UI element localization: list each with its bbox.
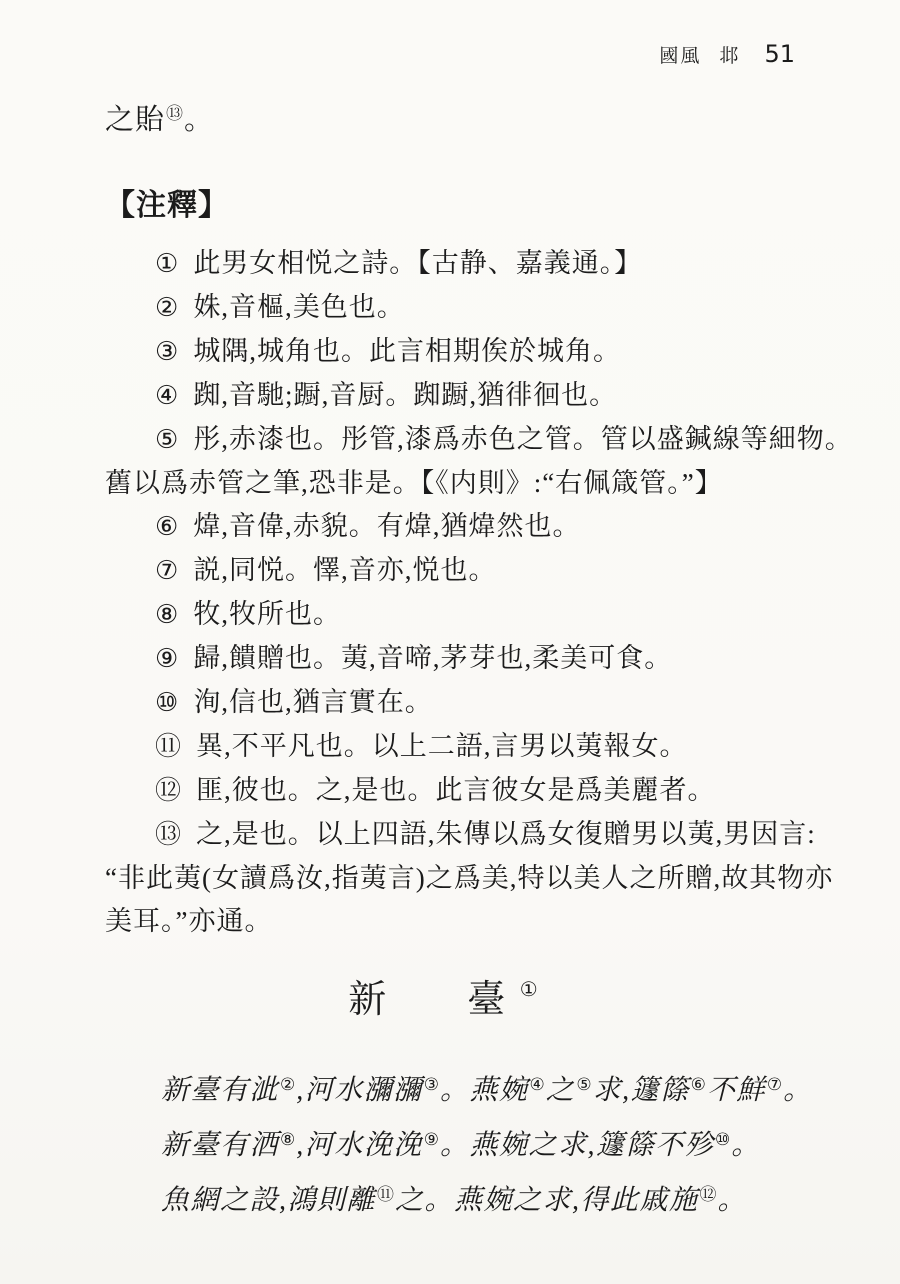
note-ref-superscript: ⑨ bbox=[424, 1130, 439, 1150]
note-text: 踟,音馳;蹰,音厨。踟蹰,猶徘徊也。 bbox=[193, 380, 617, 410]
note-ref-superscript: ⑧ bbox=[280, 1130, 295, 1150]
note-line: ④踟,音馳;蹰,音厨。踟蹰,猶徘徊也。 bbox=[105, 374, 822, 418]
note-ref-superscript: ⑦ bbox=[767, 1075, 782, 1095]
note-text: 歸,饋贈也。荑,音啼,茅芽也,柔美可食。 bbox=[193, 643, 672, 673]
note-text: “非此荑(女讀爲汝,指荑言)之爲美,特以美人之所贈,故其物亦 bbox=[105, 863, 833, 893]
note-text: 洵,信也,猶言實在。 bbox=[193, 687, 433, 717]
note-line: ②姝,音樞,美色也。 bbox=[105, 286, 822, 330]
poem-text-segment: 魚網之設,鴻則離 bbox=[161, 1185, 376, 1216]
note-number-marker: ① bbox=[155, 249, 178, 279]
note-line: ①此男女相悦之詩。【古静、嘉義通。】 bbox=[105, 242, 822, 286]
poem-text-segment: 。燕婉之求,籧篨不殄 bbox=[440, 1130, 714, 1161]
poem-text-segment: ,河水浼浼 bbox=[296, 1130, 423, 1161]
poem-text-segment: 之 bbox=[546, 1075, 576, 1106]
poem-text-segment: 。 bbox=[718, 1185, 748, 1216]
poem-text-segment: 。 bbox=[783, 1075, 813, 1106]
poem-title-note-ref: ① bbox=[520, 977, 538, 1001]
poem-text-segment: ,河水瀰瀰 bbox=[296, 1075, 423, 1106]
note-number-marker: ⑦ bbox=[155, 556, 178, 586]
note-line: ⑩洵,信也,猶言實在。 bbox=[105, 681, 822, 725]
poem-text-segment: 。 bbox=[731, 1130, 761, 1161]
note-ref-superscript: ② bbox=[280, 1075, 295, 1095]
note-text: 牧,牧所也。 bbox=[193, 599, 341, 629]
poem-text-segment: 求,籧篨 bbox=[593, 1075, 690, 1106]
poem-text-segment: 。燕婉 bbox=[440, 1075, 529, 1106]
poem-text-segment: 不鮮 bbox=[707, 1075, 766, 1106]
note-line: ⑤彤,赤漆也。彤管,漆爲赤色之管。管以盛鍼線等細物。 bbox=[105, 418, 822, 462]
note-number-marker: ④ bbox=[155, 381, 178, 411]
note-ref-superscript: ⑤ bbox=[576, 1075, 591, 1095]
note-text: 美耳。”亦通。 bbox=[105, 906, 272, 936]
note-number-marker: ⑪ bbox=[155, 732, 181, 762]
note-line: ⑪異,不平凡也。以上二語,言男以荑報女。 bbox=[105, 725, 822, 769]
poem-stanza: 新臺有泚②,河水瀰瀰③。燕婉④之⑤求,籧篨⑥不鮮⑦。新臺有洒⑧,河水浼浼⑨。燕婉… bbox=[105, 1063, 822, 1228]
poem-text-segment: 新臺有洒 bbox=[161, 1130, 279, 1161]
poem-line: 魚網之設,鴻則離⑪之。燕婉之求,得此戚施⑫。 bbox=[161, 1173, 822, 1228]
note-text: 彤,赤漆也。彤管,漆爲赤色之管。管以盛鍼線等細物。 bbox=[193, 424, 853, 454]
note-line: 舊以爲赤管之筆,恐非是。【《内則》:“右佩箴管。”】 bbox=[105, 462, 822, 505]
note-text: 之,是也。以上四語,朱傳以爲女復贈男以荑,男因言: bbox=[196, 819, 816, 849]
note-text: 異,不平凡也。以上二語,言男以荑報女。 bbox=[196, 731, 688, 761]
note-number-marker: ⑫ bbox=[155, 776, 181, 806]
poem-title-char-second: 臺 bbox=[467, 979, 507, 1021]
note-number-marker: ⑨ bbox=[155, 644, 178, 674]
note-ref-superscript: ⑩ bbox=[715, 1130, 730, 1150]
scanned-book-page: 國風 邶 51 之貽⑬。 【注釋】 ①此男女相悦之詩。【古静、嘉義通。】②姝,音… bbox=[0, 0, 900, 1284]
note-text: 此男女相悦之詩。【古静、嘉義通。】 bbox=[193, 248, 642, 278]
poem-text-segment: 新臺有泚 bbox=[161, 1075, 279, 1106]
poem-text-segment: 之。燕婉之求,得此戚施 bbox=[395, 1185, 699, 1216]
note-number-marker: ⑬ bbox=[155, 820, 181, 850]
note-text: 城隅,城角也。此言相期俟於城角。 bbox=[193, 336, 621, 366]
note-line: ⑧牧,牧所也。 bbox=[105, 593, 822, 637]
note-line: ⑦説,同悦。懌,音亦,悦也。 bbox=[105, 549, 822, 593]
note-number-marker: ③ bbox=[155, 337, 178, 367]
note-ref-superscript: ⑪ bbox=[377, 1185, 394, 1205]
note-text: 匪,彼也。之,是也。此言彼女是爲美麗者。 bbox=[196, 775, 716, 805]
poem-line: 新臺有泚②,河水瀰瀰③。燕婉④之⑤求,籧篨⑥不鮮⑦。 bbox=[161, 1063, 822, 1118]
note-line: “非此荑(女讀爲汝,指荑言)之爲美,特以美人之所贈,故其物亦 bbox=[105, 857, 822, 900]
note-line: 美耳。”亦通。 bbox=[105, 900, 822, 943]
carryover-text: 之貽 bbox=[105, 104, 165, 136]
note-line: ⑫匪,彼也。之,是也。此言彼女是爲美麗者。 bbox=[105, 769, 822, 813]
note-line: ⑬之,是也。以上四語,朱傳以爲女復贈男以荑,男因言: bbox=[105, 813, 822, 857]
note-ref-superscript: ④ bbox=[530, 1075, 545, 1095]
note-number-marker: ② bbox=[155, 293, 178, 323]
note-ref-superscript: ⑥ bbox=[691, 1075, 706, 1095]
note-line: ③城隅,城角也。此言相期俟於城角。 bbox=[105, 330, 822, 374]
note-ref-superscript: ⑬ bbox=[166, 104, 183, 124]
note-ref-superscript: ⑫ bbox=[700, 1185, 717, 1205]
note-line: ⑥煒,音偉,赤貌。有煒,猶煒然也。 bbox=[105, 505, 822, 549]
poem-line: 新臺有洒⑧,河水浼浼⑨。燕婉之求,籧篨不殄⑩。 bbox=[161, 1118, 822, 1173]
note-number-marker: ⑧ bbox=[155, 600, 178, 630]
poem-title-char-first: 新 bbox=[348, 979, 388, 1021]
page-body: 之貽⑬。 【注釋】 ①此男女相悦之詩。【古静、嘉義通。】②姝,音樞,美色也。③城… bbox=[105, 0, 822, 1228]
notes-list: ①此男女相悦之詩。【古静、嘉義通。】②姝,音樞,美色也。③城隅,城角也。此言相期… bbox=[105, 242, 822, 943]
note-text: 煒,音偉,赤貌。有煒,猶煒然也。 bbox=[193, 511, 580, 541]
note-number-marker: ⑩ bbox=[155, 688, 178, 718]
poem-title: 新 臺 ① bbox=[105, 977, 822, 1023]
note-ref-superscript: ③ bbox=[424, 1075, 439, 1095]
notes-heading: 【注釋】 bbox=[105, 188, 822, 224]
carryover-text: 。 bbox=[184, 104, 214, 136]
note-line: ⑨歸,饋贈也。荑,音啼,茅芽也,柔美可食。 bbox=[105, 637, 822, 681]
note-number-marker: ⑥ bbox=[155, 512, 178, 542]
note-number-marker: ⑤ bbox=[155, 425, 178, 455]
note-text: 説,同悦。懌,音亦,悦也。 bbox=[193, 555, 496, 585]
note-text: 姝,音樞,美色也。 bbox=[193, 292, 405, 322]
carryover-verse-line: 之貽⑬。 bbox=[105, 0, 822, 138]
note-text: 舊以爲赤管之筆,恐非是。【《内則》:“右佩箴管。”】 bbox=[105, 468, 723, 498]
